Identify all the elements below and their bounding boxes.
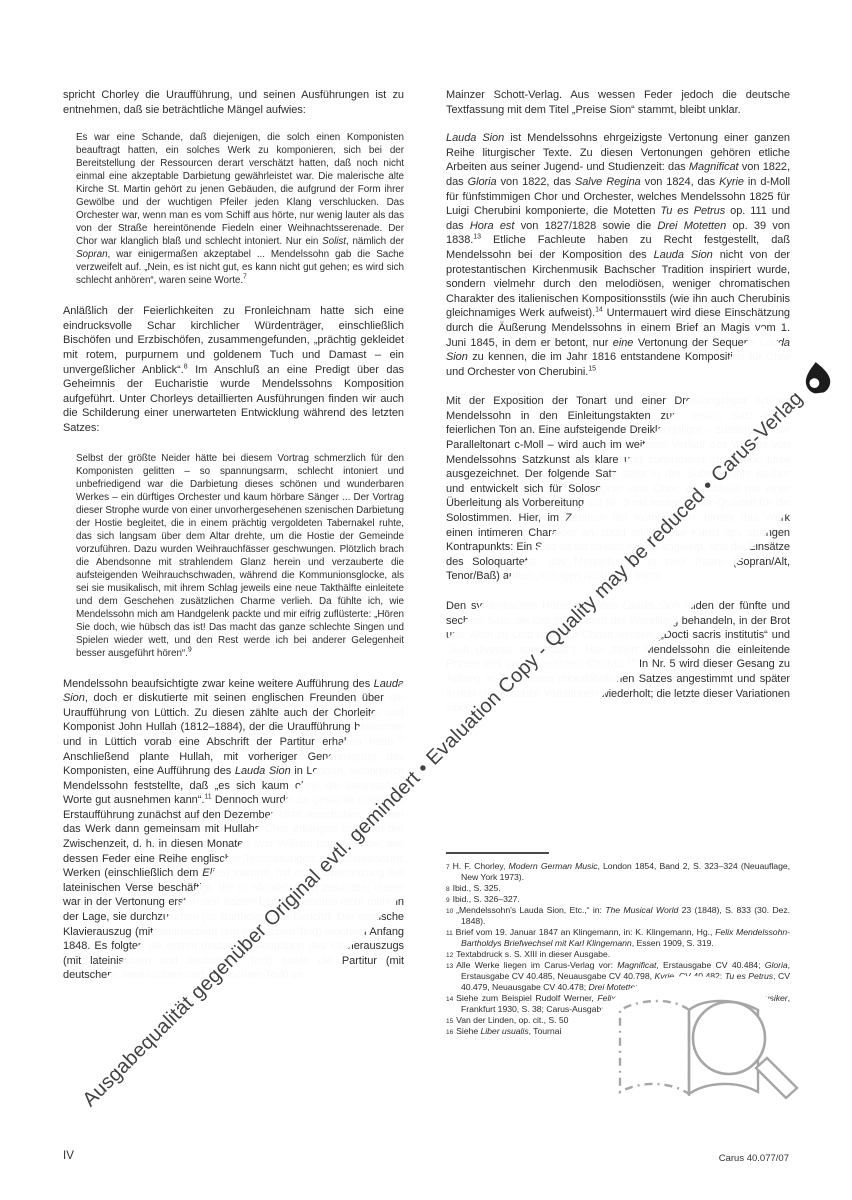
footnote-item: 9Ibid., S. 326–327.	[446, 894, 790, 905]
document-page: spricht Chorley die Uraufführung, und se…	[0, 0, 852, 1200]
paragraph: Mainzer Schott-Verlag. Aus wessen Feder …	[446, 88, 790, 117]
footnote-item: 10„Mendelssohn's Lauda Sion, Etc.,“ in: …	[446, 905, 790, 927]
right-column: Mainzer Schott-Verlag. Aus wessen Feder …	[446, 88, 790, 730]
footnote-list: 7H. F. Chorley, Modern German Music, Lon…	[446, 861, 790, 1037]
footer-page-number: IV	[63, 1150, 74, 1162]
paragraph: Lauda Sion ist Mendelssohns ehrgeizigste…	[446, 131, 790, 379]
footnote-item: 12Textabdruck s. S. XIII in dieser Ausga…	[446, 949, 790, 960]
footnote-text: Ibid., S. 326–327.	[453, 894, 520, 904]
paragraph: Mendelssohn beaufsichtigte zwar keine we…	[63, 677, 404, 983]
footnote-text: Brief vom 19. Januar 1847 an Klingemann,…	[456, 927, 790, 948]
footnote-number: 16	[446, 1029, 456, 1036]
footnote-text: H. F. Chorley, Modern German Music, Lond…	[453, 861, 790, 882]
footnote-text: Textabdruck s. S. XIII in dieser Ausgabe…	[456, 949, 610, 959]
footnote-divider	[446, 852, 549, 854]
footnote-item: 14Siehe zum Beispiel Rudolf Werner, Feli…	[446, 993, 790, 1015]
paragraph: spricht Chorley die Uraufführung, und se…	[63, 88, 404, 117]
footnote-number: 11	[446, 930, 456, 937]
footnote-text: Alle Werke liegen im Carus-Verlag vor: M…	[456, 960, 790, 992]
paragraph: Den symbolischen Höhepunkt des Lauda Sio…	[446, 599, 790, 716]
footnote-text: „Mendelssohn's Lauda Sion, Etc.,“ in: Th…	[456, 905, 790, 926]
footnote-number: 12	[446, 952, 456, 959]
paragraph: Mit der Exposition der Tonart und einer …	[446, 394, 790, 584]
footnote-item: 11Brief vom 19. Januar 1847 an Klingeman…	[446, 927, 790, 949]
carus-logo-icon	[800, 360, 834, 395]
footnote-item: 15Van der Linden, op. cit., S. 50	[446, 1015, 790, 1026]
footnote-number: 9	[446, 897, 453, 904]
footnote-item: 7H. F. Chorley, Modern German Music, Lon…	[446, 861, 790, 883]
footnote-section: 7H. F. Chorley, Modern German Music, Lon…	[446, 852, 790, 1037]
block-quote: Es war eine Schande, daß diejenigen, die…	[76, 131, 404, 287]
footnote-text: Siehe Liber usualis, Tournai	[456, 1026, 561, 1036]
footnote-text: Van der Linden, op. cit., S. 50	[456, 1015, 568, 1025]
footnote-item: 13Alle Werke liegen im Carus-Verlag vor:…	[446, 960, 790, 993]
footnote-item: 8Ibid., S. 325.	[446, 883, 790, 894]
footnote-text: Siehe zum Beispiel Rudolf Werner, Felix …	[456, 993, 790, 1014]
footnote-number: 15	[446, 1018, 456, 1025]
footnote-number: 10	[446, 908, 456, 915]
footnote-number: 14	[446, 996, 456, 1003]
footnote-number: 8	[446, 886, 453, 893]
footer-catalog-number: Carus 40.077/07	[719, 1153, 789, 1164]
left-column: spricht Chorley die Uraufführung, und se…	[63, 88, 404, 997]
footnote-number: 13	[446, 963, 456, 970]
footnote-number: 7	[446, 864, 453, 871]
footnote-text: Ibid., S. 325.	[453, 883, 501, 893]
block-quote: Selbst der größte Neider hätte bei diese…	[76, 452, 404, 660]
paragraph: Anläßlich der Feierlichkeiten zu Fronlei…	[63, 304, 404, 435]
footnote-item: 16Siehe Liber usualis, Tournai	[446, 1026, 790, 1037]
